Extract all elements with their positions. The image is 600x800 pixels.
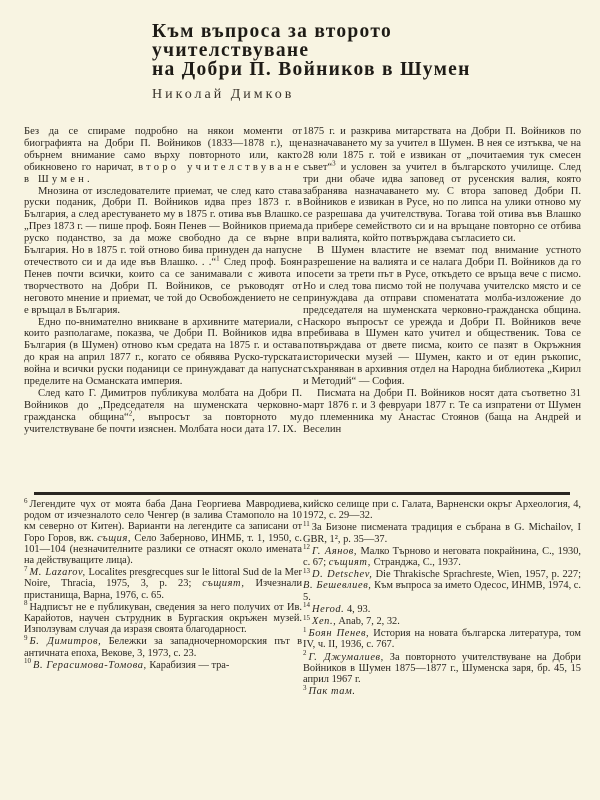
title-line-2: учителствуване <box>152 41 592 60</box>
footnote-number: 11 <box>303 520 310 528</box>
footnote: 14Herod. 4, 93. <box>303 604 581 615</box>
article-title: Към въпроса за второто учителствуване на… <box>152 22 592 79</box>
paragraph: Без да се спираме подробно на някои моме… <box>24 126 302 186</box>
footnotes-right: кийско селище при с. Галата, Варненски о… <box>303 499 581 698</box>
footnote: 7M. Lazarov, Localites presgrecques sur … <box>24 567 302 601</box>
title-line-3: на Добри П. Войников в Шумен <box>152 60 592 79</box>
footnote: 8Надписът не е публикуван, сведения за н… <box>24 602 302 636</box>
footnote-number: 6 <box>24 497 28 505</box>
paragraph: Едно по-внимателно вникване в архивните … <box>24 317 302 388</box>
footnote-number: 10 <box>24 657 31 665</box>
footnote-number: 3 <box>303 684 307 692</box>
footnote: 10В. Герасимова-Томова, Карабизия — тра- <box>24 660 302 671</box>
paragraph: В Шумен властите не вземат под внимание … <box>303 245 581 388</box>
footnote-number: 9 <box>24 634 28 642</box>
footnotes-left: 6Легендите чух от моята баба Дана Георги… <box>24 499 302 672</box>
footnote: кийско селище при с. Галата, Варненски о… <box>303 499 581 521</box>
body-column-left: Без да се спираме подробно на някои моме… <box>24 126 302 436</box>
footnote: 3Пак там. <box>303 686 581 697</box>
footnote-number: 12 <box>303 543 310 551</box>
footnote-number: 1 <box>303 626 307 634</box>
document-page: Към въпроса за второто учителствуване на… <box>0 0 600 800</box>
paragraph: Писмата на Добри П. Войников носят дата … <box>303 388 581 436</box>
footnote-number: 14 <box>303 601 310 609</box>
paragraph: След като Г. Димитров публикува молбата … <box>24 388 302 436</box>
footnote: 12Г. Аянов, Малко Търново и неговата пок… <box>303 546 581 568</box>
footnote: 6Легендите чух от моята баба Дана Георги… <box>24 499 302 566</box>
footnote-number: 7 <box>24 565 28 573</box>
body-column-right: 1875 г. и разкрива митарствата на Добри … <box>303 126 581 436</box>
paragraph: Мнозина от изследователите приемат, че с… <box>24 186 302 317</box>
footnote-number: 13 <box>303 567 310 575</box>
article-header: Към въпроса за второто учителствуване на… <box>152 22 592 103</box>
footnote: 11За Бизоне писмената традиция е събрана… <box>303 522 581 544</box>
footnote: 15Xen., Anab, 7, 2, 32. <box>303 616 581 627</box>
footnote: 2Г. Джумалиев, За повторното учителствув… <box>303 652 581 686</box>
title-line-1: Към въпроса за второто <box>152 22 592 41</box>
footnote: 13D. Detschev, Die Thrakische Sprachrest… <box>303 569 581 603</box>
paragraph: 1875 г. и разкрива митарствата на Добри … <box>303 126 581 245</box>
footnote-number: 15 <box>303 614 310 622</box>
footnote-number: 8 <box>24 599 28 607</box>
footnote: 1Боян Пенев, История на новата българска… <box>303 628 581 650</box>
article-author: Николай Димков <box>152 87 592 103</box>
footnote: 9Б. Димитров, Бележки за западночерномор… <box>24 636 302 658</box>
footnote-separator <box>34 492 570 495</box>
footnote-number: 2 <box>303 649 307 657</box>
